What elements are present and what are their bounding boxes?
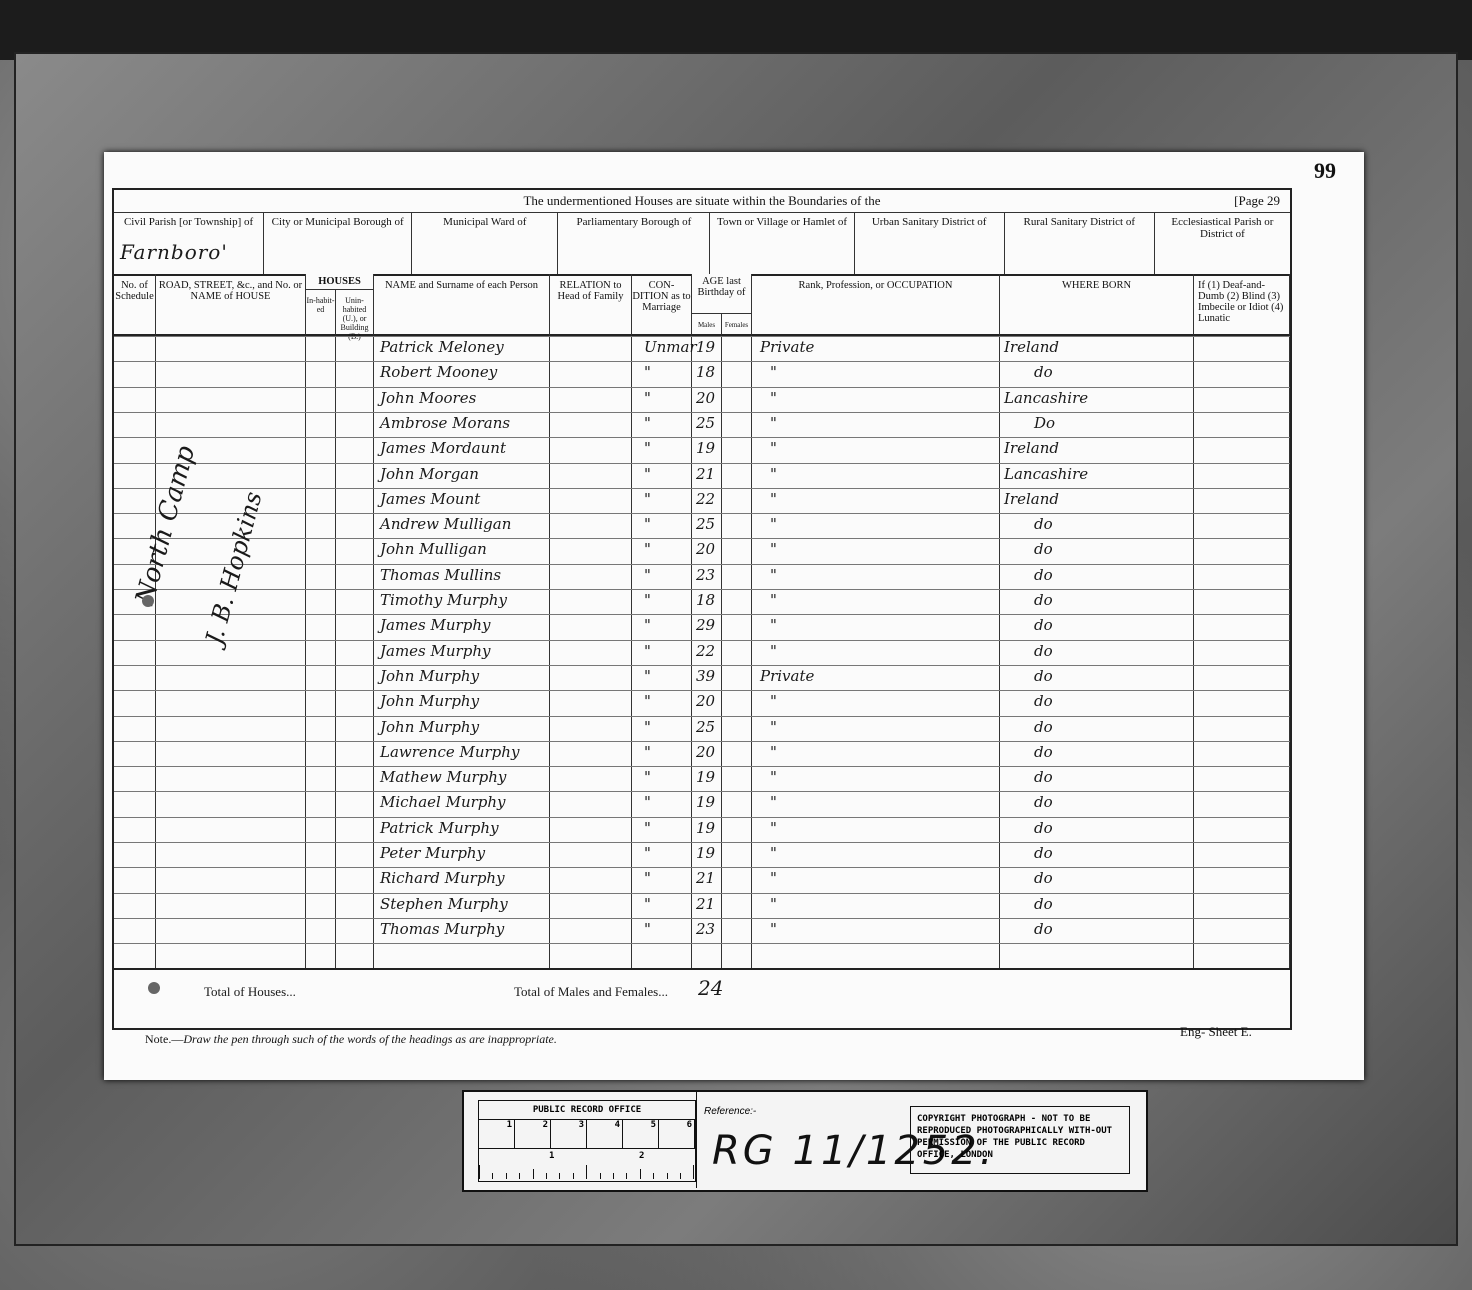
cell-born: do xyxy=(1034,743,1053,761)
cell-age_m: 19 xyxy=(696,819,715,837)
table-row: Ambrose Morans"25"Do xyxy=(114,414,1290,439)
region-4: Town or Village or Hamlet of xyxy=(710,212,854,274)
cell-condition: " xyxy=(644,869,651,887)
region-6: Rural Sanitary District of xyxy=(1005,212,1155,274)
cell-name: Michael Murphy xyxy=(380,793,506,811)
cell-occupation: " xyxy=(770,743,777,761)
cell-name: John Murphy xyxy=(380,667,479,685)
table-row: James Mount"22"Ireland xyxy=(114,490,1290,515)
region-0: Civil Parish [or Township] ofFarnboro' xyxy=(114,212,264,274)
cell-name: Stephen Murphy xyxy=(380,895,508,913)
cell-condition: " xyxy=(644,439,651,457)
cell-name: Thomas Mullins xyxy=(380,566,501,584)
ruler-tick xyxy=(506,1173,507,1179)
cell-age_m: 20 xyxy=(696,743,715,761)
table-row: Michael Murphy"19"do xyxy=(114,793,1290,818)
cell-born: do xyxy=(1034,718,1053,736)
census-form: The undermentioned Houses are situate wi… xyxy=(112,188,1292,1030)
scale-mark: 1 xyxy=(479,1120,515,1148)
punch-hole xyxy=(142,595,154,607)
table-row: James Mordaunt"19"Ireland xyxy=(114,439,1290,464)
cell-born: do xyxy=(1034,566,1053,584)
scale-mark: 4 xyxy=(587,1120,623,1148)
header-where_born: WHERE BORN xyxy=(1000,274,1194,336)
table-row: John Mulligan"20"do xyxy=(114,540,1290,565)
inch-mark: 1 xyxy=(549,1151,554,1161)
cell-born: do xyxy=(1034,515,1053,533)
cell-occupation: " xyxy=(770,363,777,381)
cell-occupation: " xyxy=(770,414,777,432)
top-band xyxy=(0,0,1472,60)
cell-age_m: 19 xyxy=(696,844,715,862)
cell-occupation: " xyxy=(770,819,777,837)
cell-born: do xyxy=(1034,667,1053,685)
cm-scale: 123456 xyxy=(479,1120,695,1149)
cell-condition: " xyxy=(644,414,651,432)
cell-age_m: 19 xyxy=(696,768,715,786)
cell-age_m: 25 xyxy=(696,414,715,432)
scale-box: PUBLIC RECORD OFFICE 123456 12 xyxy=(478,1100,696,1182)
region-7: Ecclesiastical Parish or District of xyxy=(1155,212,1290,274)
table-row: Peter Murphy"19"do xyxy=(114,844,1290,869)
cell-name: James Mount xyxy=(380,490,480,508)
cell-born: do xyxy=(1034,920,1053,938)
header-inhabited: In-habit-ed xyxy=(306,290,336,336)
ruler-tick xyxy=(586,1165,587,1179)
scale-mark: 2 xyxy=(515,1120,551,1148)
ruler-tick xyxy=(653,1173,654,1179)
punch-hole xyxy=(148,982,160,994)
cell-occupation: " xyxy=(770,591,777,609)
ruler-tick xyxy=(546,1173,547,1179)
ruler-tick xyxy=(626,1173,627,1179)
header-schedule: No. of Schedule xyxy=(114,274,156,336)
cell-age_m: 20 xyxy=(696,389,715,407)
cell-condition: " xyxy=(644,616,651,634)
ruler-tick xyxy=(519,1173,520,1179)
cell-condition: " xyxy=(644,540,651,558)
cell-age_m: 19 xyxy=(696,439,715,457)
cell-condition: Unmar xyxy=(644,338,697,356)
cell-occupation: " xyxy=(770,389,777,407)
table-row: John Murphy"39Privatedo xyxy=(114,667,1290,692)
cell-condition: " xyxy=(644,793,651,811)
cell-born: Lancashire xyxy=(1004,465,1088,483)
cell-age_m: 23 xyxy=(696,566,715,584)
cell-condition: " xyxy=(644,465,651,483)
cell-condition: " xyxy=(644,490,651,508)
table-row: Stephen Murphy"21"do xyxy=(114,895,1290,920)
cell-age_m: 22 xyxy=(696,642,715,660)
banner-text: The undermentioned Houses are situate wi… xyxy=(523,193,880,208)
cell-born: do xyxy=(1034,616,1053,634)
cell-born: Ireland xyxy=(1004,490,1059,508)
cell-age_m: 19 xyxy=(696,338,715,356)
cell-occupation: " xyxy=(770,490,777,508)
region-label: Rural Sanitary District of xyxy=(1005,216,1154,228)
region-1: City or Municipal Borough of xyxy=(264,212,412,274)
header-road: ROAD, STREET, &c., and No. or NAME of HO… xyxy=(156,274,306,336)
cell-born: do xyxy=(1034,819,1053,837)
cell-occupation: " xyxy=(770,718,777,736)
region-label: City or Municipal Borough of xyxy=(264,216,411,228)
cell-name: John Murphy xyxy=(380,718,479,736)
cell-born: Do xyxy=(1034,414,1055,432)
cell-occupation: " xyxy=(770,768,777,786)
cell-age_m: 21 xyxy=(696,465,715,483)
table-row: James Murphy"22"do xyxy=(114,642,1290,667)
cell-name: Timothy Murphy xyxy=(380,591,507,609)
region-2: Municipal Ward of xyxy=(412,212,558,274)
scale-mark: 3 xyxy=(551,1120,587,1148)
cell-condition: " xyxy=(644,642,651,660)
reference-label: Reference:- xyxy=(704,1106,756,1117)
cell-age_m: 20 xyxy=(696,692,715,710)
header-name: NAME and Surname of each Person xyxy=(374,274,550,336)
cell-occupation: " xyxy=(770,465,777,483)
eng-sheet: Eng- Sheet E. xyxy=(1180,1024,1252,1040)
cell-occupation: Private xyxy=(760,667,814,685)
cell-occupation: " xyxy=(770,793,777,811)
cell-name: John Moores xyxy=(380,389,476,407)
header-females: Females xyxy=(722,314,752,336)
record-office-plate: PUBLIC RECORD OFFICE 123456 12 Reference… xyxy=(462,1090,1148,1192)
ruler-tick xyxy=(667,1173,668,1179)
note-text: Draw the pen through such of the words o… xyxy=(183,1032,557,1046)
cell-name: Andrew Mulligan xyxy=(380,515,511,533)
cell-born: do xyxy=(1034,692,1053,710)
table-row: Lawrence Murphy"20"do xyxy=(114,743,1290,768)
cell-occupation: " xyxy=(770,439,777,457)
cell-name: James Murphy xyxy=(380,642,490,660)
table-row: James Murphy"29"do xyxy=(114,616,1290,641)
cell-age_m: 23 xyxy=(696,920,715,938)
table-row: John Murphy"20"do xyxy=(114,692,1290,717)
cell-born: do xyxy=(1034,591,1053,609)
cell-condition: " xyxy=(644,844,651,862)
cell-born: do xyxy=(1034,768,1053,786)
row-rule xyxy=(114,336,1290,337)
total-persons-label: Total of Males and Females... xyxy=(514,984,668,1000)
cell-name: John Morgan xyxy=(380,465,479,483)
cell-name: Mathew Murphy xyxy=(380,768,506,786)
region-label: Urban Sanitary District of xyxy=(855,216,1004,228)
region-label: Parliamentary Borough of xyxy=(558,216,709,228)
cell-condition: " xyxy=(644,920,651,938)
region-3: Parliamentary Borough of xyxy=(558,212,710,274)
cell-born: do xyxy=(1034,363,1053,381)
header-males: Males xyxy=(692,314,722,336)
cell-age_m: 20 xyxy=(696,540,715,558)
table-row: Andrew Mulligan"25"do xyxy=(114,515,1290,540)
header-infirmity: If (1) Deaf-and-Dumb (2) Blind (3) Imbec… xyxy=(1194,274,1290,336)
table-row: Patrick Murphy"19"do xyxy=(114,819,1290,844)
cell-occupation: " xyxy=(770,844,777,862)
cell-name: James Murphy xyxy=(380,616,490,634)
region-label: Ecclesiastical Parish or District of xyxy=(1155,216,1290,240)
cell-age_m: 19 xyxy=(696,793,715,811)
ruler-tick xyxy=(492,1173,493,1179)
ruler-tick xyxy=(479,1165,480,1179)
cell-occupation: " xyxy=(770,616,777,634)
cell-age_m: 18 xyxy=(696,363,715,381)
cell-condition: " xyxy=(644,692,651,710)
cell-name: Peter Murphy xyxy=(380,844,485,862)
cell-born: do xyxy=(1034,642,1053,660)
table-row: Robert Mooney"18"do xyxy=(114,363,1290,388)
cell-born: do xyxy=(1034,869,1053,887)
cell-born: do xyxy=(1034,895,1053,913)
table-row: Patrick MeloneyUnmar19PrivateIreland xyxy=(114,338,1290,363)
cell-condition: " xyxy=(644,389,651,407)
footer-note: Note.—Draw the pen through such of the w… xyxy=(145,1032,557,1047)
cell-occupation: " xyxy=(770,895,777,913)
cell-occupation: " xyxy=(770,540,777,558)
cell-born: Ireland xyxy=(1004,338,1059,356)
cell-name: Patrick Murphy xyxy=(380,819,499,837)
cell-occupation: Private xyxy=(760,338,814,356)
ruler-tick xyxy=(640,1169,641,1179)
ruler-tick xyxy=(613,1173,614,1179)
scale-mark: 5 xyxy=(623,1120,659,1148)
table-row: Richard Murphy"21"do xyxy=(114,869,1290,894)
totals-row: Total of Houses... Total of Males and Fe… xyxy=(114,968,1290,1030)
cell-condition: " xyxy=(644,667,651,685)
header-relation: RELATION to Head of Family xyxy=(550,274,632,336)
scale-mark: 6 xyxy=(659,1120,695,1148)
cell-born: Lancashire xyxy=(1004,389,1088,407)
table-row: John Morgan"21"Lancashire xyxy=(114,465,1290,490)
cell-name: Robert Mooney xyxy=(380,363,497,381)
table-row: Timothy Murphy"18"do xyxy=(114,591,1290,616)
cell-name: John Mulligan xyxy=(380,540,487,558)
cell-occupation: " xyxy=(770,642,777,660)
header-age: AGE last Birthday of xyxy=(692,274,752,314)
cell-occupation: " xyxy=(770,566,777,584)
cell-born: do xyxy=(1034,793,1053,811)
cell-age_m: 18 xyxy=(696,591,715,609)
ruler-tick xyxy=(600,1173,601,1179)
ruler-tick xyxy=(559,1173,560,1179)
ruler-tick xyxy=(680,1173,681,1179)
cell-name: John Murphy xyxy=(380,692,479,710)
cell-name: James Mordaunt xyxy=(380,439,506,457)
cell-condition: " xyxy=(644,819,651,837)
cell-age_m: 39 xyxy=(696,667,715,685)
table-row: John Murphy"25"do xyxy=(114,718,1290,743)
cell-condition: " xyxy=(644,566,651,584)
region-value: Farnboro' xyxy=(120,246,228,258)
cell-occupation: " xyxy=(770,515,777,533)
note-prefix: Note.— xyxy=(145,1032,183,1046)
cell-name: Ambrose Morans xyxy=(380,414,510,432)
cell-occupation: " xyxy=(770,869,777,887)
table-row: Thomas Murphy"23"do xyxy=(114,920,1290,945)
region-label: Civil Parish [or Township] of xyxy=(114,216,263,228)
cell-condition: " xyxy=(644,515,651,533)
cell-age_m: 21 xyxy=(696,869,715,887)
region-label: Town or Village or Hamlet of xyxy=(710,216,853,228)
cell-occupation: " xyxy=(770,920,777,938)
cell-born: do xyxy=(1034,844,1053,862)
header-occupation: Rank, Profession, or OCCUPATION xyxy=(752,274,1000,336)
office-label: PUBLIC RECORD OFFICE xyxy=(479,1101,695,1120)
inch-mark: 2 xyxy=(639,1151,644,1161)
cell-condition: " xyxy=(644,743,651,761)
cell-name: Patrick Meloney xyxy=(380,338,504,356)
cell-condition: " xyxy=(644,591,651,609)
cell-age_m: 25 xyxy=(696,515,715,533)
cell-name: Lawrence Murphy xyxy=(380,743,519,761)
region-row: Civil Parish [or Township] ofFarnboro'Ci… xyxy=(114,212,1290,276)
table-row: John Moores"20"Lancashire xyxy=(114,389,1290,414)
table-row: Thomas Mullins"23"do xyxy=(114,566,1290,591)
inch-ruler: 12 xyxy=(479,1149,695,1179)
plate-divider xyxy=(696,1092,697,1188)
cell-name: Richard Murphy xyxy=(380,869,505,887)
cell-condition: " xyxy=(644,363,651,381)
header-uninhabited: Unin-habited (U.), or Building (B.) xyxy=(336,290,374,336)
cell-age_m: 22 xyxy=(696,490,715,508)
region-label: Municipal Ward of xyxy=(412,216,557,228)
region-5: Urban Sanitary District of xyxy=(855,212,1005,274)
header-condition: CON-DITION as to Marriage xyxy=(632,274,692,336)
total-houses-label: Total of Houses... xyxy=(204,984,296,1000)
cell-condition: " xyxy=(644,718,651,736)
cell-name: Thomas Murphy xyxy=(380,920,504,938)
sheet-number: 99 xyxy=(1314,158,1336,184)
cell-age_m: 29 xyxy=(696,616,715,634)
cell-condition: " xyxy=(644,768,651,786)
ruler-tick xyxy=(693,1165,694,1179)
cell-age_m: 21 xyxy=(696,895,715,913)
ruler-tick xyxy=(573,1173,574,1179)
copyright-notice: COPYRIGHT PHOTOGRAPH - NOT TO BE REPRODU… xyxy=(910,1106,1130,1174)
cell-occupation: " xyxy=(770,692,777,710)
ruler-tick xyxy=(533,1169,534,1179)
cell-condition: " xyxy=(644,895,651,913)
cell-age_m: 25 xyxy=(696,718,715,736)
header-houses: HOUSES xyxy=(306,274,374,290)
males-total: 24 xyxy=(698,976,723,1000)
table-row: Mathew Murphy"19"do xyxy=(114,768,1290,793)
cell-born: Ireland xyxy=(1004,439,1059,457)
banner: The undermentioned Houses are situate wi… xyxy=(114,190,1290,213)
cell-born: do xyxy=(1034,540,1053,558)
page-label: [Page 29 xyxy=(1234,190,1280,212)
